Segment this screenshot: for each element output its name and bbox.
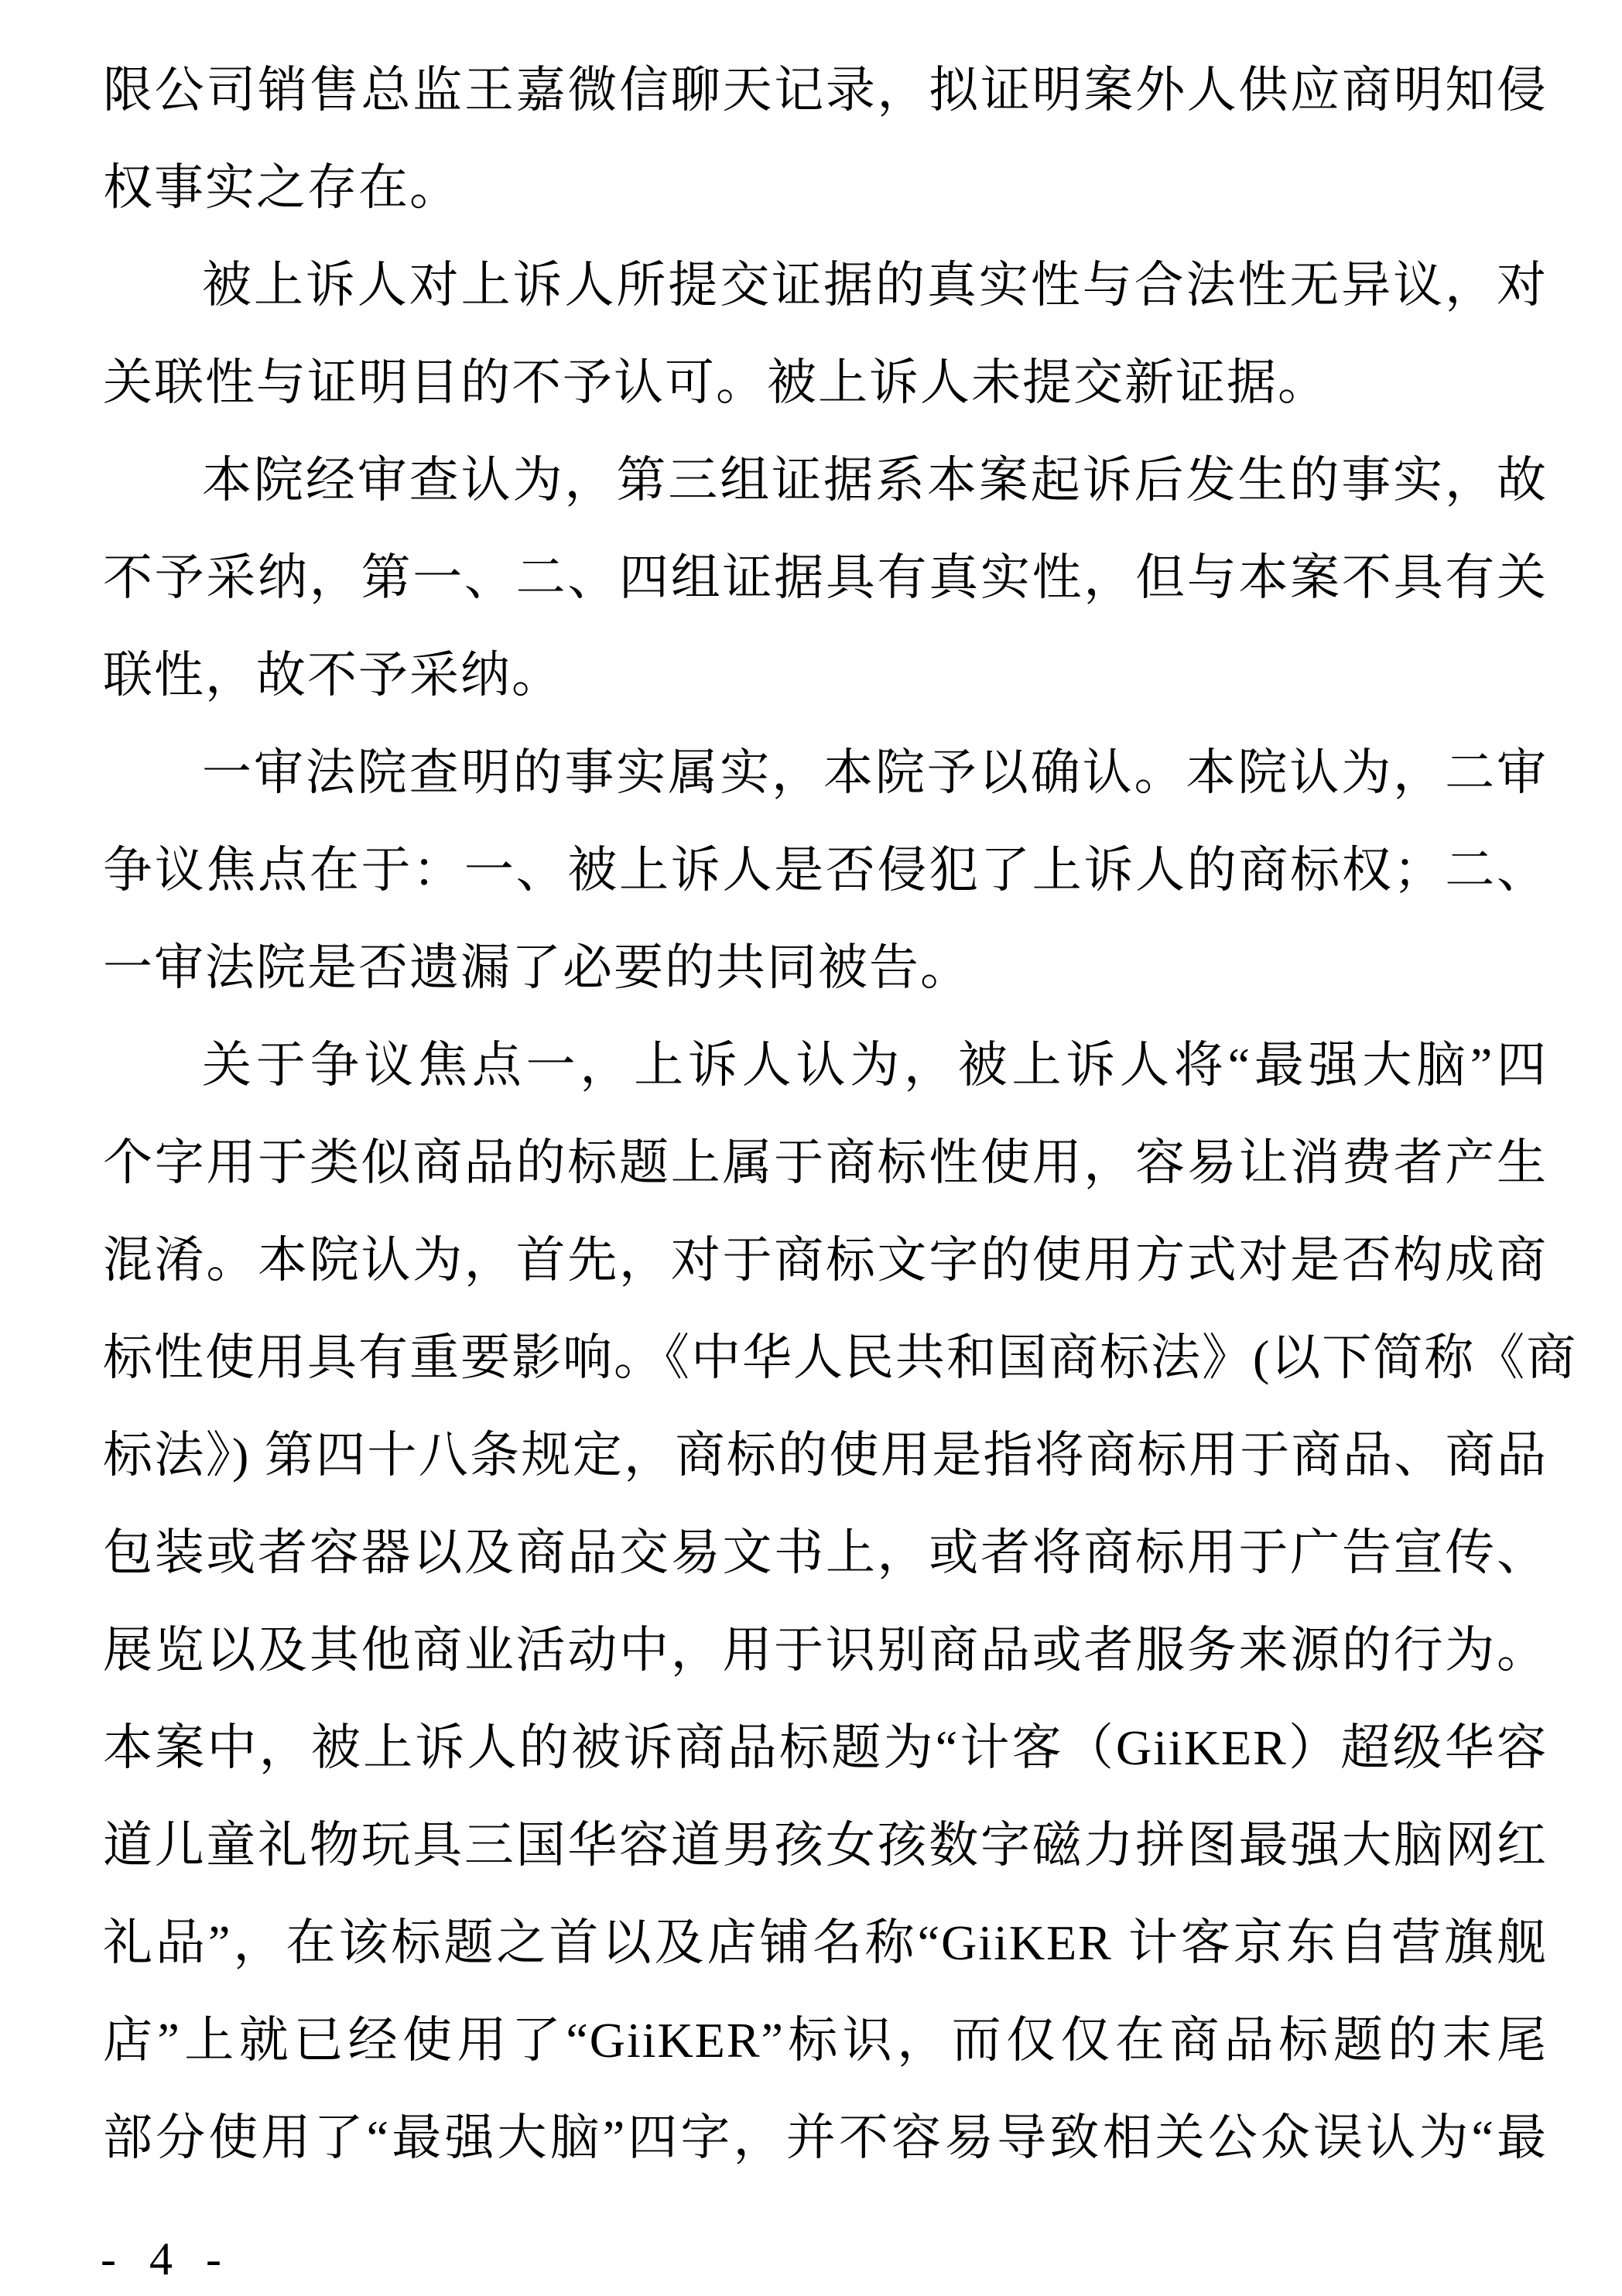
text-line: 包装或者容器以及商品交易文书上，或者将商标用于广告宣传、 <box>103 1504 1548 1602</box>
text-line: 道儿童礼物玩具三国华容道男孩女孩数字磁力拼图最强大脑网红 <box>103 1797 1548 1894</box>
text-line: 被上诉人对上诉人所提交证据的真实性与合法性无异议，对 <box>103 237 1548 334</box>
text-line: 个字用于类似商品的标题上属于商标性使用，容易让消费者产生 <box>103 1114 1548 1212</box>
text-line: 本院经审查认为，第三组证据系本案起诉后发生的事实，故 <box>103 432 1548 529</box>
text-line: 礼品”，在该标题之首以及店铺名称“GiiKER 计客京东自营旗舰 <box>103 1894 1548 1992</box>
text-line: 关于争议焦点一，上诉人认为，被上诉人将“最强大脑”四 <box>103 1017 1548 1114</box>
text-line: 一审法院查明的事实属实，本院予以确认。本院认为，二审 <box>103 724 1548 822</box>
text-line: 联性，故不予采纳。 <box>103 627 1548 724</box>
text-line: 不予采纳，第一、二、四组证据具有真实性，但与本案不具有关 <box>103 529 1548 627</box>
text-line: 店”上就已经使用了“GiiKER”标识，而仅仅在商品标题的末尾 <box>103 1992 1548 2089</box>
text-line: 展览以及其他商业活动中，用于识别商品或者服务来源的行为。 <box>103 1602 1548 1699</box>
text-line: 标法》) 第四十八条规定，商标的使用是指将商标用于商品、商品 <box>103 1407 1548 1504</box>
text-line: 争议焦点在于：一、被上诉人是否侵犯了上诉人的商标权；二、 <box>103 822 1548 919</box>
text-line: 限公司销售总监王嘉微信聊天记录，拟证明案外人供应商明知侵 <box>103 42 1548 139</box>
text-line: 权事实之存在。 <box>103 139 1548 237</box>
text-line: 混淆。本院认为，首先，对于商标文字的使用方式对是否构成商 <box>103 1212 1548 1309</box>
document-body: 限公司销售总监王嘉微信聊天记录，拟证明案外人供应商明知侵 权事实之存在。 被上诉… <box>103 42 1548 2187</box>
text-line: 关联性与证明目的不予认可。被上诉人未提交新证据。 <box>103 334 1548 432</box>
page-number: - 4 - <box>101 2227 232 2291</box>
text-line: 标性使用具有重要影响。《中华人民共和国商标法》(以下简称《商 <box>103 1309 1548 1407</box>
text-line: 本案中，被上诉人的被诉商品标题为“计客（GiiKER）超级华容 <box>103 1699 1548 1797</box>
document-page: 限公司销售总监王嘉微信聊天记录，拟证明案外人供应商明知侵 权事实之存在。 被上诉… <box>0 0 1622 2296</box>
text-line: 一审法院是否遗漏了必要的共同被告。 <box>103 919 1548 1017</box>
text-line: 部分使用了“最强大脑”四字，并不容易导致相关公众误认为“最 <box>103 2089 1548 2187</box>
